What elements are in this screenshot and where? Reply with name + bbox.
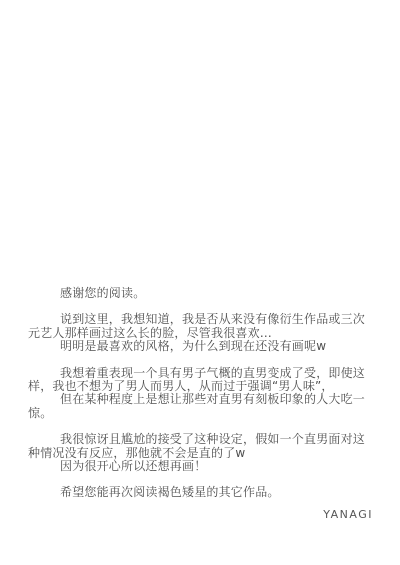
text-line: 感谢您的阅读。 bbox=[28, 287, 373, 300]
paragraph: 我很惊讶且尴尬的接受了这种设定，假如一个直男面对这种情况没有反应，那他就不会是直… bbox=[28, 433, 373, 473]
text-line: 我想着重表现一个具有男子气概的直男变成了受，即使这样，我也不想为了男人而男人，从… bbox=[28, 367, 373, 394]
paragraph: 说到这里，我想知道，我是否从来没有像衍生作品或三次元艺人那样画过这么长的脸，尽管… bbox=[28, 313, 373, 353]
text-line: 说到这里，我想知道，我是否从来没有像衍生作品或三次元艺人那样画过这么长的脸，尽管… bbox=[28, 313, 373, 340]
text-line: 但在某种程度上是想让那些对直男有刻板印象的人大吃一惊。 bbox=[28, 393, 373, 420]
text-line: 因为很开心所以还想再画！ bbox=[28, 460, 373, 473]
text-line: 我很惊讶且尴尬的接受了这种设定，假如一个直男面对这种情况没有反应，那他就不会是直… bbox=[28, 433, 373, 460]
afterword-page: 感谢您的阅读。说到这里，我想知道，我是否从来没有像衍生作品或三次元艺人那样画过这… bbox=[0, 0, 400, 565]
afterword-text: 感谢您的阅读。说到这里，我想知道，我是否从来没有像衍生作品或三次元艺人那样画过这… bbox=[28, 287, 373, 513]
paragraph: 感谢您的阅读。 bbox=[28, 287, 373, 300]
text-line: 希望您能再次阅读褐色矮星的其它作品。 bbox=[28, 486, 373, 499]
paragraph: 我想着重表现一个具有男子气概的直男变成了受，即使这样，我也不想为了男人而男人，从… bbox=[28, 367, 373, 421]
author-signature: YANAGI bbox=[28, 508, 390, 521]
text-line: 明明是最喜欢的风格，为什么到现在还没有画呢w bbox=[28, 340, 373, 353]
paragraph: 希望您能再次阅读褐色矮星的其它作品。 bbox=[28, 486, 373, 499]
